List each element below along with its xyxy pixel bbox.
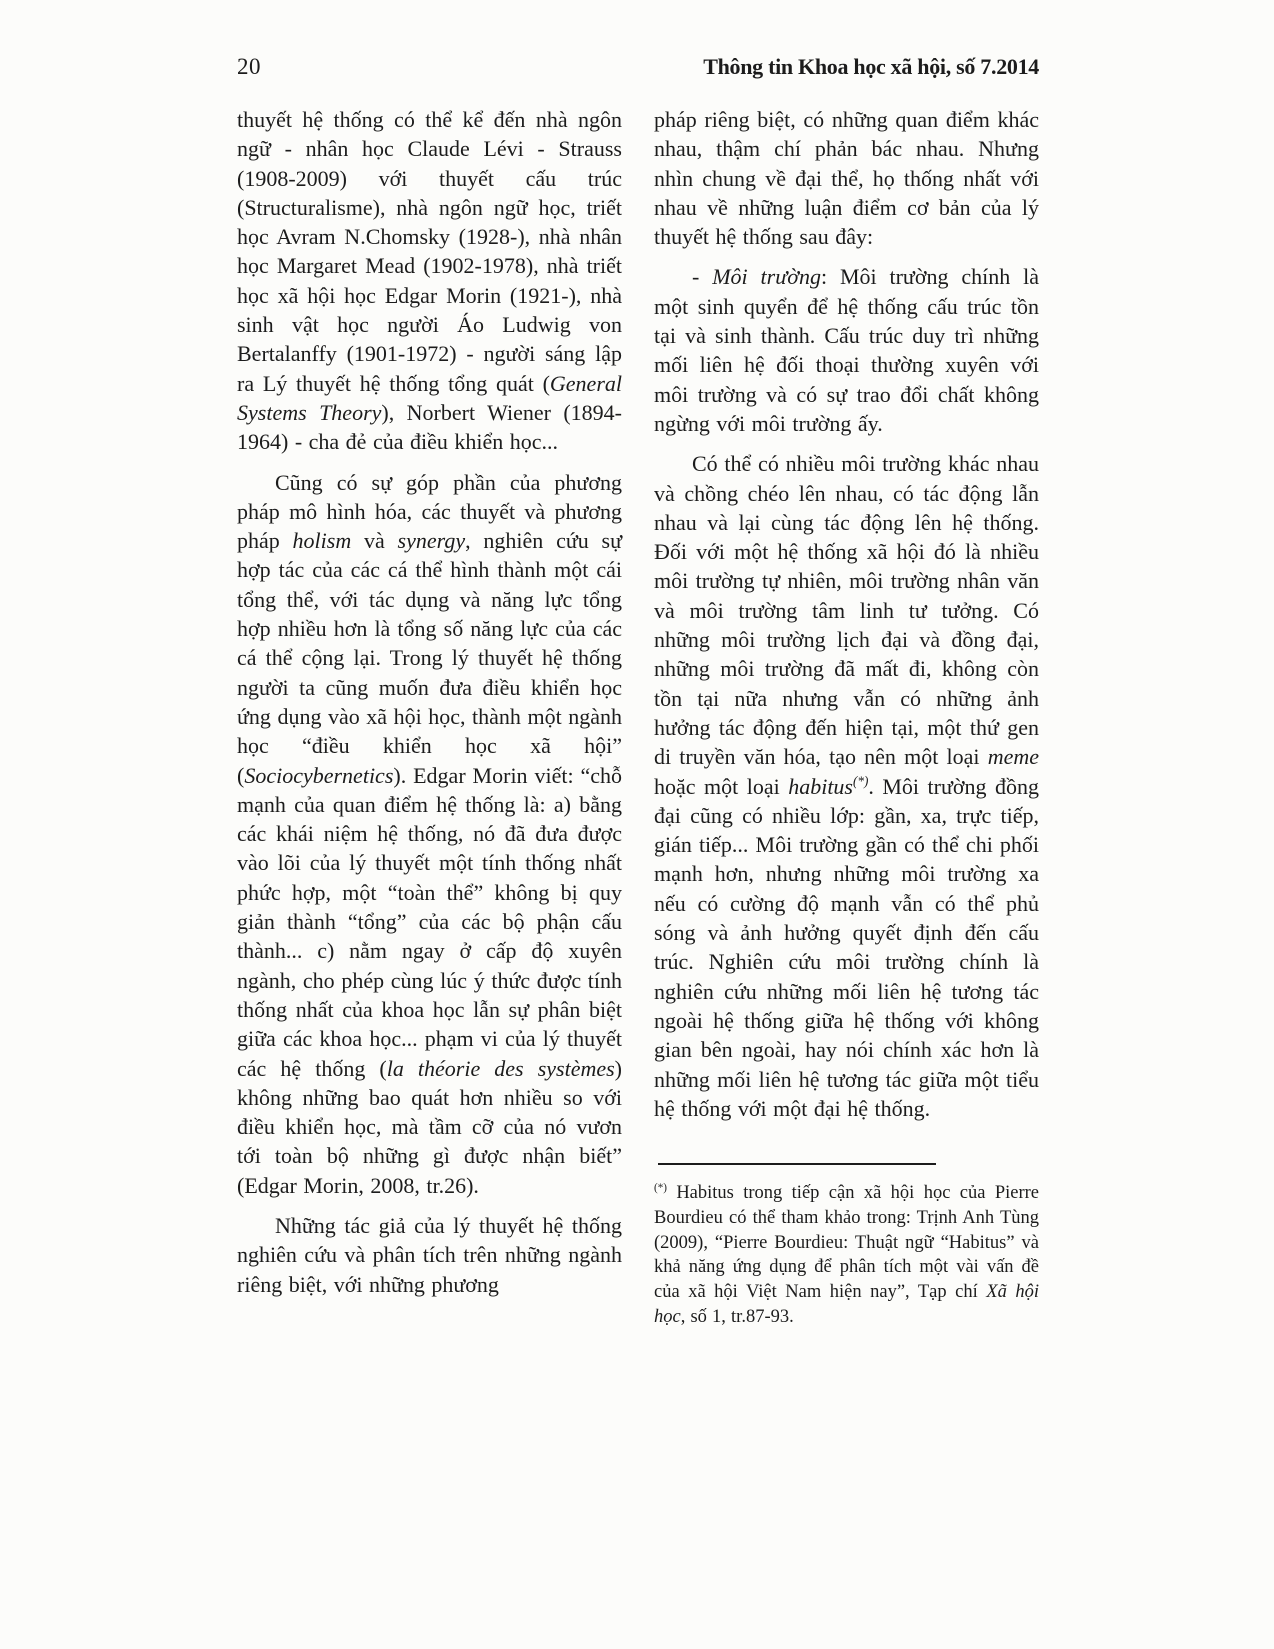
scanned-page: { "header": { "page_number": "20", "jour… — [0, 0, 1274, 1649]
page-number: 20 — [237, 54, 261, 80]
two-column-body: thuyết hệ thống có thể kể đến nhà ngôn n… — [237, 105, 1039, 1329]
journal-title: Thông tin Khoa học xã hội, số 7.2014 — [703, 54, 1039, 80]
paragraph: Những tác giả của lý thuyết hệ thống ngh… — [237, 1211, 622, 1299]
paragraph: Cũng có sự góp phần của phương pháp mô h… — [237, 468, 622, 1200]
right-column: pháp riêng biệt, có những quan điểm khác… — [654, 105, 1039, 1329]
paragraph: pháp riêng biệt, có những quan điểm khác… — [654, 105, 1039, 251]
paragraph: (*) Habitus trong tiếp cận xã hội học củ… — [654, 1181, 1039, 1329]
footnote: (*) Habitus trong tiếp cận xã hội học củ… — [654, 1163, 1039, 1329]
paragraph: - Môi trường: Môi trường chính là một si… — [654, 262, 1039, 438]
footnote-rule — [658, 1163, 936, 1165]
right-column-text: pháp riêng biệt, có những quan điểm khác… — [654, 105, 1039, 1123]
paragraph: thuyết hệ thống có thể kể đến nhà ngôn n… — [237, 105, 622, 457]
page-content: 20 Thông tin Khoa học xã hội, số 7.2014 … — [237, 54, 1039, 1329]
left-column: thuyết hệ thống có thể kể đến nhà ngôn n… — [237, 105, 622, 1329]
footnote-text: (*) Habitus trong tiếp cận xã hội học củ… — [654, 1181, 1039, 1329]
page-header: 20 Thông tin Khoa học xã hội, số 7.2014 — [237, 54, 1039, 80]
paragraph: Có thể có nhiều môi trường khác nhau và … — [654, 449, 1039, 1123]
